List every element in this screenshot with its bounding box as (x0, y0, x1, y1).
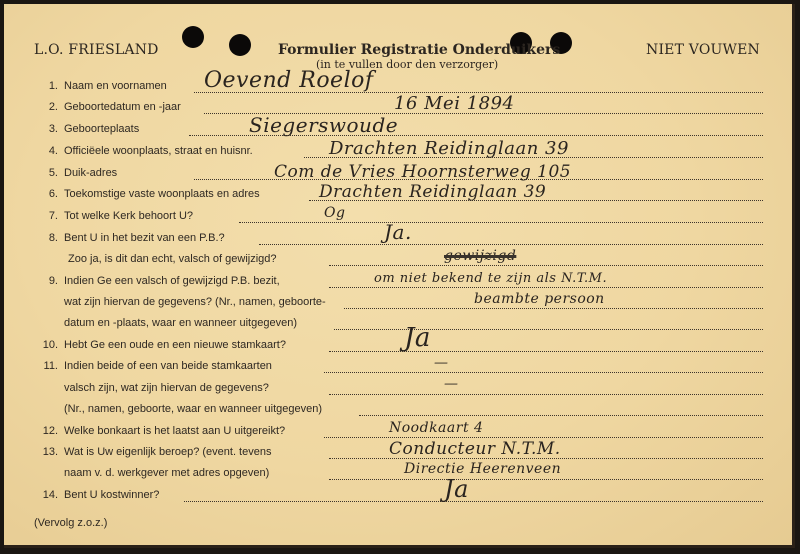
form-field-row: Zoo ja, is dit dan echt, valsch of gewij… (4, 253, 795, 273)
continue-overleaf-note: (Vervolg z.o.z.) (34, 517, 107, 529)
answer-line (329, 351, 763, 352)
field-number: 6. (34, 188, 58, 200)
field-label: Tot welke Kerk behoort U? (64, 210, 193, 222)
answer-line (329, 394, 763, 395)
form-field-row: wat zijn hiervan de gegevens? (Nr., name… (4, 296, 795, 316)
handwritten-answer[interactable]: gewijzigd (444, 248, 516, 264)
form-field-row: 11.Indien beide of een van beide stamkaa… (4, 360, 795, 380)
handwritten-answer[interactable]: Drachten Reidinglaan 39 (319, 182, 546, 202)
field-label: Hebt Ge een oude en een nieuwe stamkaart… (64, 339, 286, 351)
field-label: Toekomstige vaste woonplaats en adres (64, 188, 260, 200)
handwritten-answer[interactable]: Com de Vries Hoornsterweg 105 (274, 162, 571, 182)
field-number: 5. (34, 167, 58, 179)
do-not-fold-notice: NIET VOUWEN (646, 42, 760, 58)
handwritten-answer[interactable]: — (444, 376, 459, 392)
answer-line (344, 308, 763, 309)
answer-line (184, 501, 763, 502)
form-field-row: 8.Bent U in het bezit van een P.B.?Ja. (4, 232, 795, 252)
form-field-row: 14.Bent U kostwinner?Ja (4, 489, 795, 509)
form-field-row: 9.Indien Ge een valsch of gewijzigd P.B.… (4, 275, 795, 295)
field-label: Officiëele woonplaats, straat en huisnr. (64, 145, 253, 157)
punch-hole (229, 34, 251, 56)
form-field-row: valsch zijn, wat zijn hiervan de gegeven… (4, 382, 795, 402)
form-field-row: datum en -plaats, waar en wanneer uitgeg… (4, 317, 795, 337)
answer-line (324, 372, 763, 373)
answer-line (259, 244, 763, 245)
field-label: (Nr., namen, geboorte, waar en wanneer u… (64, 403, 322, 415)
field-number: 4. (34, 145, 58, 157)
field-number: 1. (34, 80, 58, 92)
handwritten-answer[interactable]: Siegerswoude (249, 113, 398, 137)
handwritten-answer[interactable]: Noodkaart 4 (389, 420, 483, 436)
field-number: 7. (34, 210, 58, 222)
handwritten-answer[interactable]: beambte persoon (474, 291, 605, 307)
field-label: Geboortedatum en -jaar (64, 101, 181, 113)
field-label: Bent U in het bezit van een P.B.? (64, 232, 225, 244)
field-number: 3. (34, 123, 58, 135)
organization-label: L.O. FRIESLAND (34, 42, 159, 58)
answer-line (329, 287, 763, 288)
field-number: 9. (34, 275, 58, 287)
field-number: 13. (34, 446, 58, 458)
field-label: Indien Ge een valsch of gewijzigd P.B. b… (64, 275, 280, 287)
answer-line (329, 265, 763, 266)
field-number: 11. (34, 360, 58, 372)
field-number: 12. (34, 425, 58, 437)
handwritten-answer[interactable]: om niet bekend te zijn als N.T.M. (374, 271, 607, 286)
field-label: valsch zijn, wat zijn hiervan de gegeven… (64, 382, 269, 394)
field-label: Indien beide of een van beide stamkaarte… (64, 360, 272, 372)
handwritten-answer[interactable]: Ja (444, 475, 469, 503)
answer-line (324, 437, 763, 438)
answer-line (329, 479, 763, 480)
field-label: Geboorteplaats (64, 123, 139, 135)
field-label: wat zijn hiervan de gegevens? (Nr., name… (64, 296, 326, 308)
field-label: Wat is Uw eigenlijk beroep? (event. teve… (64, 446, 271, 458)
field-label: Zoo ja, is dit dan echt, valsch of gewij… (68, 253, 277, 265)
punch-hole (182, 26, 204, 48)
form-field-row: 2.Geboortedatum en -jaar16 Mei 1894 (4, 101, 795, 121)
field-number: 14. (34, 489, 58, 501)
handwritten-answer[interactable]: 16 Mei 1894 (394, 93, 515, 114)
handwritten-answer[interactable]: — (434, 355, 449, 371)
form-field-row: 13.Wat is Uw eigenlijk beroep? (event. t… (4, 446, 795, 466)
handwritten-answer[interactable]: Oevend Roelof (204, 68, 374, 93)
field-number: 2. (34, 101, 58, 113)
field-label: Bent U kostwinner? (64, 489, 159, 501)
handwritten-answer[interactable]: Conducteur N.T.M. (389, 439, 561, 459)
answer-line (239, 222, 763, 223)
handwritten-answer[interactable]: Drachten Reidinglaan 39 (329, 138, 569, 159)
handwritten-answer[interactable]: Og (324, 205, 345, 221)
handwritten-answer[interactable]: Directie Heerenveen (404, 461, 561, 477)
answer-line (334, 329, 763, 330)
registration-form-card: L.O. FRIESLAND Formulier Registratie Ond… (4, 4, 795, 548)
field-number: 8. (34, 232, 58, 244)
field-label: Welke bonkaart is het laatst aan U uitge… (64, 425, 285, 437)
form-field-row: naam v. d. werkgever met adres opgeven)D… (4, 467, 795, 487)
answer-line (359, 415, 763, 416)
form-field-row: 6.Toekomstige vaste woonplaats en adresD… (4, 188, 795, 208)
field-label: naam v. d. werkgever met adres opgeven) (64, 467, 269, 479)
field-number: 10. (34, 339, 58, 351)
field-label: Naam en voornamen (64, 80, 167, 92)
handwritten-answer[interactable]: Ja (404, 323, 431, 353)
handwritten-answer[interactable]: Ja. (384, 220, 412, 244)
form-field-row: 10.Hebt Ge een oude en een nieuwe stamka… (4, 339, 795, 359)
form-title: Formulier Registratie Onderduikers (278, 42, 560, 58)
field-label: datum en -plaats, waar en wanneer uitgeg… (64, 317, 297, 329)
field-label: Duik-adres (64, 167, 117, 179)
